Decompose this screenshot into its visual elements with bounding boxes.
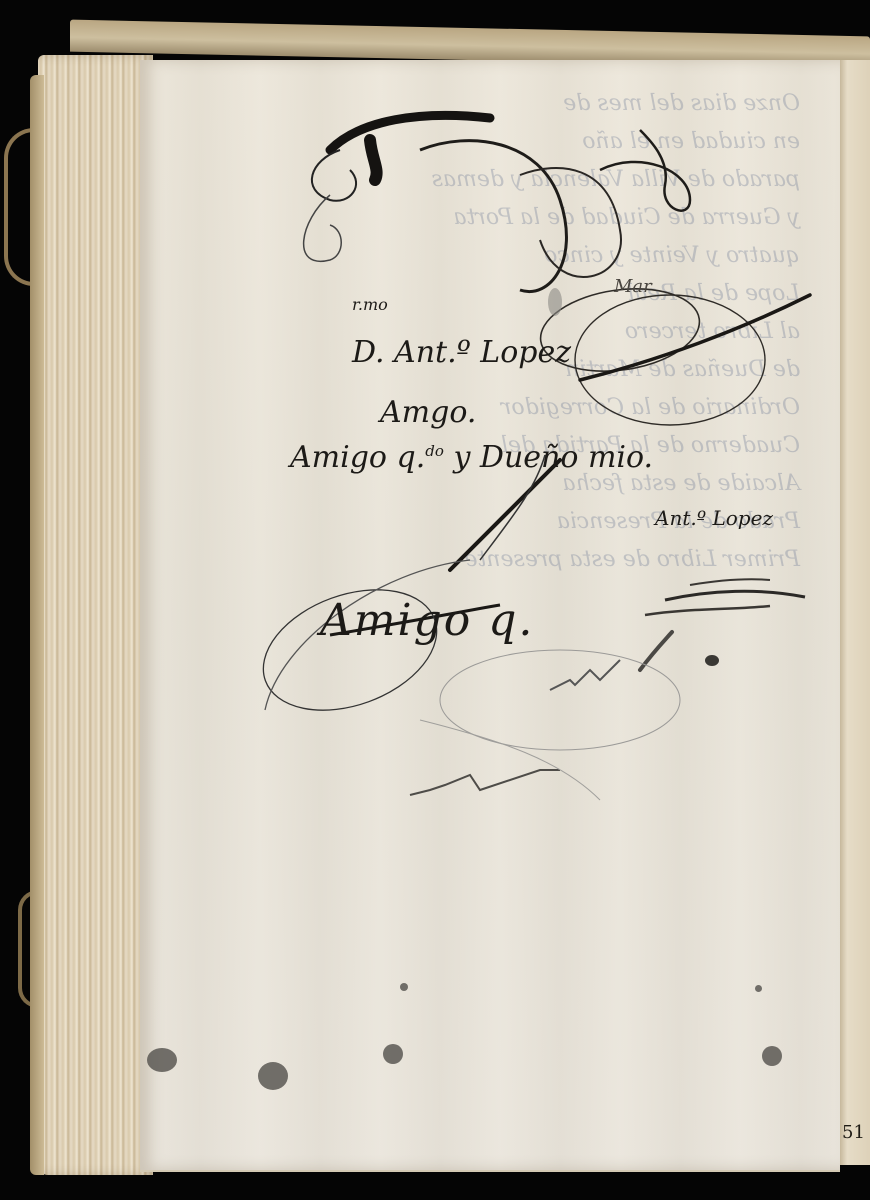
ink-blot xyxy=(400,983,408,991)
salutation-start: Amigo q. xyxy=(290,440,425,475)
ink-blot xyxy=(548,288,562,316)
next-leaf-edge xyxy=(836,60,870,1165)
folio-number: 51 xyxy=(842,1122,865,1143)
margin-fragment: Mar xyxy=(614,276,652,297)
ink-blot xyxy=(258,1062,288,1090)
ink-blot xyxy=(755,985,762,992)
ink-blot xyxy=(705,655,719,666)
salutation-superscript: do xyxy=(425,442,444,460)
salutation-line: Amigo q.do y Dueño mio. xyxy=(290,440,653,475)
ink-blot xyxy=(383,1044,403,1064)
abbreviation-line: Amgo. xyxy=(380,395,476,430)
signature-small: Ant.º Lopez xyxy=(655,506,773,530)
signature-main-text: D. Ant.º Lopez xyxy=(352,335,571,370)
salutation-end: y Dueño mio. xyxy=(453,440,653,475)
superscript-title: r.mo xyxy=(352,295,388,314)
signature-main: r.mo D. Ant.º Lopez xyxy=(352,300,571,370)
ink-blot xyxy=(147,1048,177,1072)
page-stack-edge xyxy=(38,55,153,1175)
ink-blot xyxy=(762,1046,782,1066)
flourish-word: Amigo q. xyxy=(320,595,534,646)
manuscript-scan: Onze dias del mes de en ciudad en el año… xyxy=(0,0,870,1200)
